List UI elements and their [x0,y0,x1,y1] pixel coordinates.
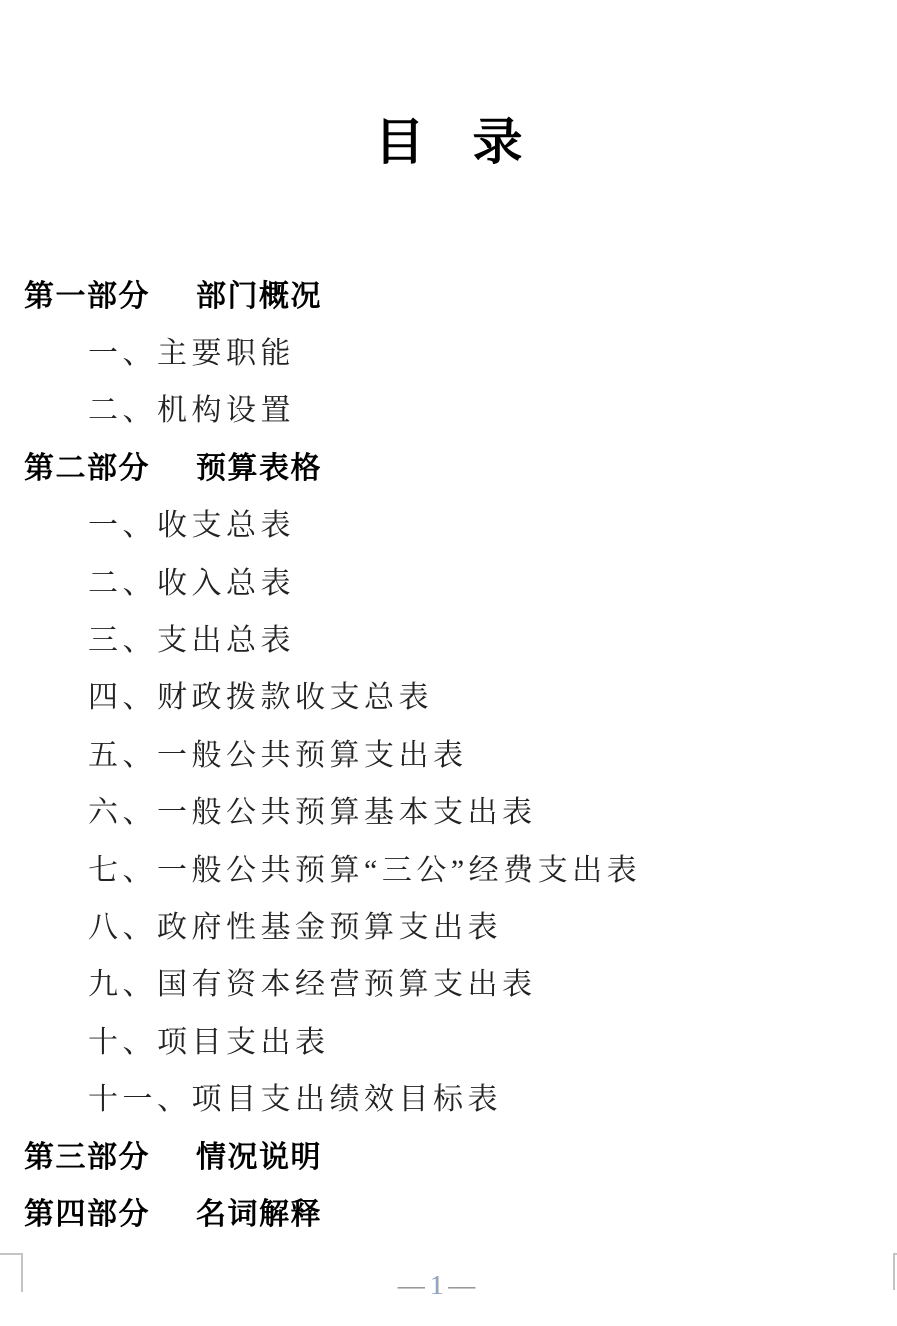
scan-edge-mark-right [893,1253,897,1290]
toc-item-label: 九、国有资本经营预算支出表 [88,959,537,1003]
page-number: 1 [430,1270,444,1300]
toc-item: 十、项目支出表 [0,1010,897,1067]
toc-item: 八、政府性基金预算支出表 [0,895,897,952]
toc-item-label: 一、收支总表 [88,500,295,544]
toc-item: 十一、项目支出绩效目标表 [0,1067,897,1124]
toc-item-label: 四、财政拨款收支总表 [88,672,433,716]
toc-item-label: 一、主要职能 [88,328,295,372]
toc-item: 九、国有资本经营预算支出表 [0,953,897,1010]
toc-item-label: 二、收入总表 [88,558,295,602]
toc-item: 一、收支总表 [0,494,897,551]
toc-item-label: 七、一般公共预算“三公”经费支出表 [88,845,641,889]
toc-section-number: 第三部分 [24,1132,150,1176]
page-number-dash-right: — [448,1270,475,1300]
toc-item-label: 五、一般公共预算支出表 [88,730,468,774]
toc-item-label: 十、项目支出表 [88,1017,330,1061]
document-page: 目 录 第一部分部门概况一、主要职能二、机构设置第二部分预算表格一、收支总表二、… [0,0,897,1326]
page-footer: — 1 — [0,1270,897,1300]
toc-section-title: 情况说明 [196,1132,322,1176]
toc-section-number: 第二部分 [24,443,150,487]
toc-section-title: 名词解释 [196,1189,322,1233]
toc-item-label: 三、支出总表 [88,615,295,659]
page-title-char-1: 目 [375,112,425,172]
toc-item: 一、主要职能 [0,321,897,378]
toc-item-label: 二、机构设置 [88,385,295,429]
toc-section-header: 第二部分预算表格 [0,436,897,493]
page-number-dash-left: — [398,1270,425,1300]
page-title: 目 录 [0,112,897,172]
toc-item: 三、支出总表 [0,608,897,665]
toc-item: 七、一般公共预算“三公”经费支出表 [0,838,897,895]
toc-item-label: 八、政府性基金预算支出表 [88,902,502,946]
toc-item-label: 十一、项目支出绩效目标表 [88,1074,502,1118]
toc-item: 六、一般公共预算基本支出表 [0,781,897,838]
toc-section-header: 第三部分情况说明 [0,1125,897,1182]
toc-section-number: 第四部分 [24,1189,150,1233]
toc-section-header: 第四部分名词解释 [0,1182,897,1239]
toc-item-label: 六、一般公共预算基本支出表 [88,787,537,831]
toc-item: 四、财政拨款收支总表 [0,666,897,723]
page-title-char-2: 录 [473,112,523,172]
toc-section-title: 部门概况 [196,271,322,315]
toc-item: 二、机构设置 [0,379,897,436]
toc-item: 五、一般公共预算支出表 [0,723,897,780]
toc-item: 二、收入总表 [0,551,897,608]
toc-section-title: 预算表格 [196,443,322,487]
toc-section-header: 第一部分部门概况 [0,264,897,321]
scan-edge-mark-left [0,1253,23,1292]
table-of-contents: 第一部分部门概况一、主要职能二、机构设置第二部分预算表格一、收支总表二、收入总表… [0,264,897,1240]
toc-section-number: 第一部分 [24,271,150,315]
